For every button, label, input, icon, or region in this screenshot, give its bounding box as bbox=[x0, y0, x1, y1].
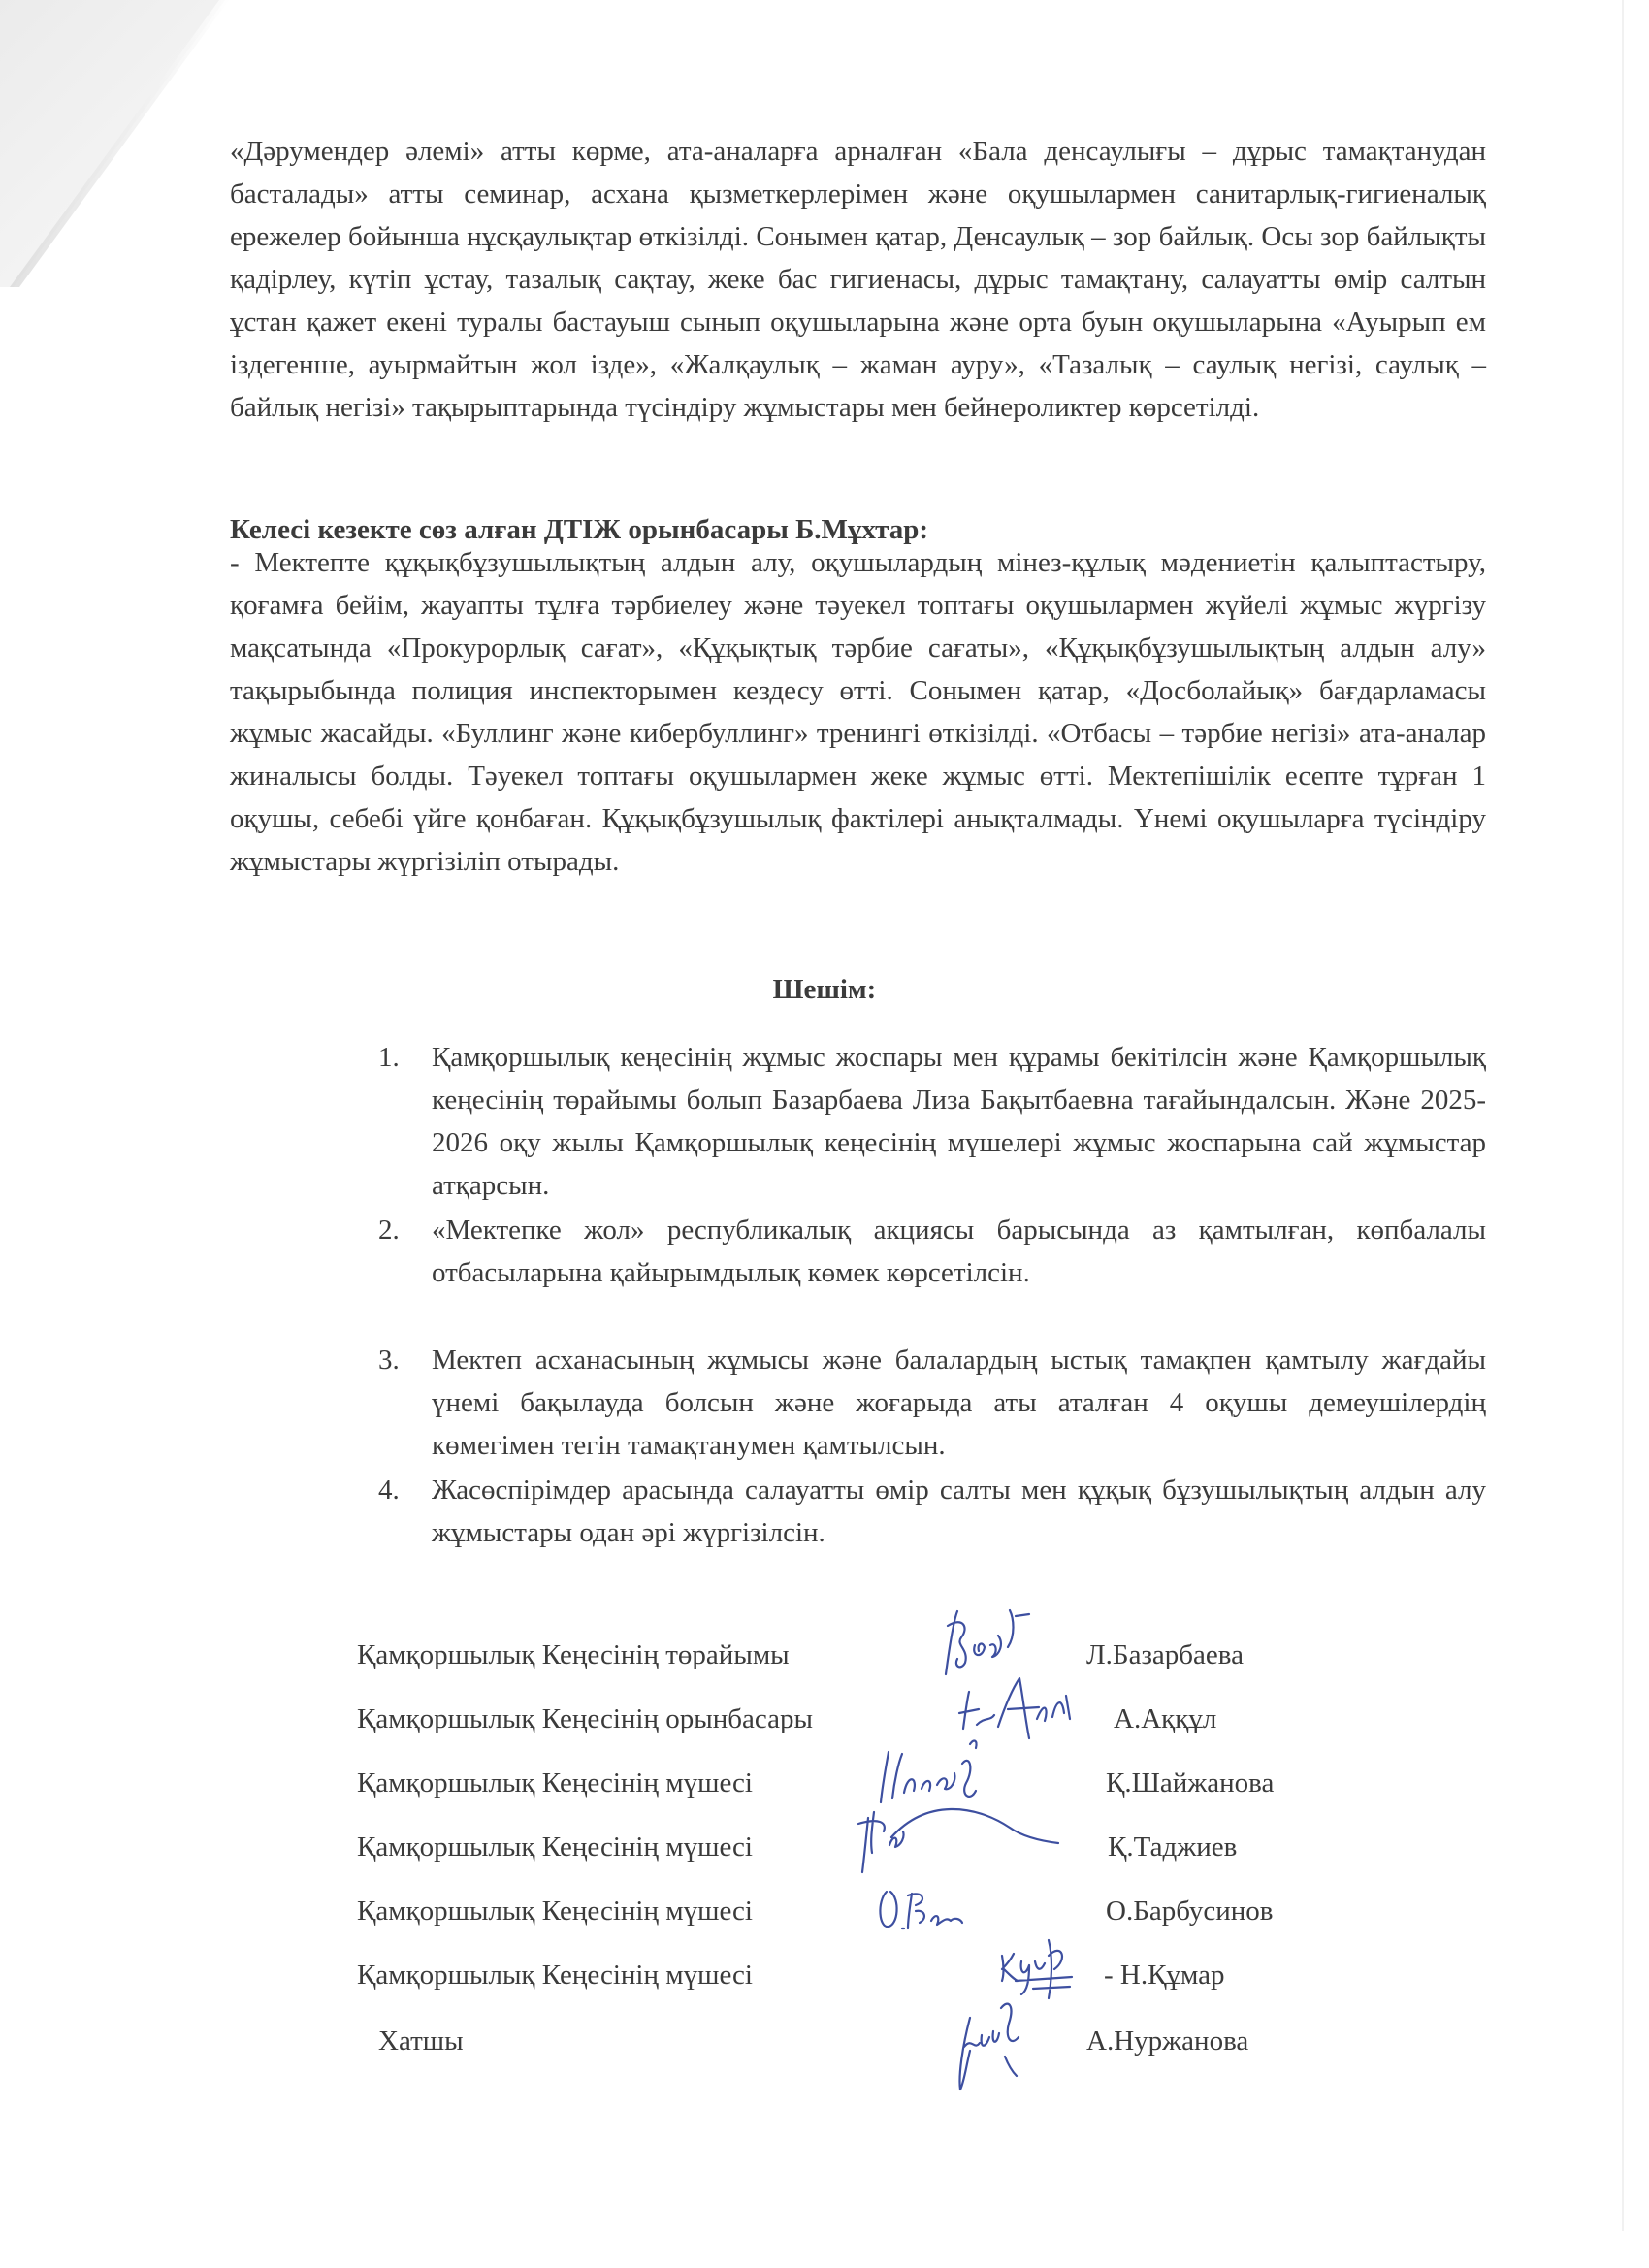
handwritten-signature-icon bbox=[941, 1989, 1086, 2095]
signature-row: Қамқоршылық Кеңесінің мүшесі - Н.Құмар bbox=[0, 1956, 1649, 2004]
signatory-role: Қамқоршылық Кеңесінің мүшесі bbox=[357, 1764, 753, 1802]
signature-row: Қамқоршылық Кеңесінің мүшесі Қ.Шайжанова bbox=[0, 1764, 1649, 1812]
signatory-name: Қ.Шайжанова bbox=[1106, 1764, 1274, 1802]
signatory-name: Қ.Таджиев bbox=[1108, 1828, 1237, 1866]
signature-row: Қамқоршылық Кеңесінің орынбасары А.Аққұл bbox=[0, 1700, 1649, 1748]
decision-number: 2. bbox=[378, 1209, 400, 1251]
signatory-name: А.Аққұл bbox=[1114, 1700, 1216, 1738]
signatory-role: Қамқоршылық Кеңесінің орынбасары bbox=[357, 1700, 813, 1738]
signature-row: Қамқоршылық Кеңесінің мүшесі О.Барбусино… bbox=[0, 1892, 1649, 1940]
decision-text: «Мектепке жол» республикалық акциясы бар… bbox=[432, 1209, 1486, 1294]
decision-text: Жасөспірімдер арасында салауатты өмір са… bbox=[432, 1469, 1486, 1554]
decision-text: Қамқоршылық кеңесінің жұмыс жоспары мен … bbox=[432, 1036, 1486, 1207]
signatory-name: А.Нуржанова bbox=[1086, 2022, 1248, 2060]
signatory-name: О.Барбусинов bbox=[1106, 1892, 1273, 1930]
signatory-role: Қамқоршылық Кеңесінің төрайымы bbox=[357, 1636, 790, 1674]
handwritten-signature-icon bbox=[849, 1798, 1082, 1876]
signature-row: Хатшы А.Нуржанова bbox=[0, 2022, 1649, 2070]
signatory-role: Қамқоршылық Кеңесінің мүшесі bbox=[357, 1828, 753, 1866]
paragraph-health-activities: «Дәрумендер әлемі» атты көрме, ата-анала… bbox=[230, 130, 1486, 429]
signatory-name: - Н.Құмар bbox=[1104, 1956, 1224, 1994]
paragraph-crime-prevention: - Мектепте құқықбұзушылықтың алдын алу, … bbox=[230, 541, 1486, 883]
signatory-role: Хатшы bbox=[378, 2022, 464, 2060]
decision-number: 1. bbox=[378, 1036, 400, 1079]
decision-text: Мектеп асханасының жұмысы және балаларды… bbox=[432, 1339, 1486, 1467]
decision-title: Шешім: bbox=[0, 972, 1649, 1007]
signatory-role: Қамқоршылық Кеңесінің мүшесі bbox=[357, 1892, 753, 1930]
signature-row: Қамқоршылық Кеңесінің мүшесі Қ.Таджиев bbox=[0, 1828, 1649, 1876]
signatory-name: Л.Базарбаева bbox=[1086, 1636, 1244, 1674]
decision-number: 4. bbox=[378, 1469, 400, 1511]
signature-row: Қамқоршылық Кеңесінің төрайымы Л.Базарба… bbox=[0, 1636, 1649, 1684]
signatory-role: Қамқоршылық Кеңесінің мүшесі bbox=[357, 1956, 753, 1994]
decision-number: 3. bbox=[378, 1339, 400, 1381]
